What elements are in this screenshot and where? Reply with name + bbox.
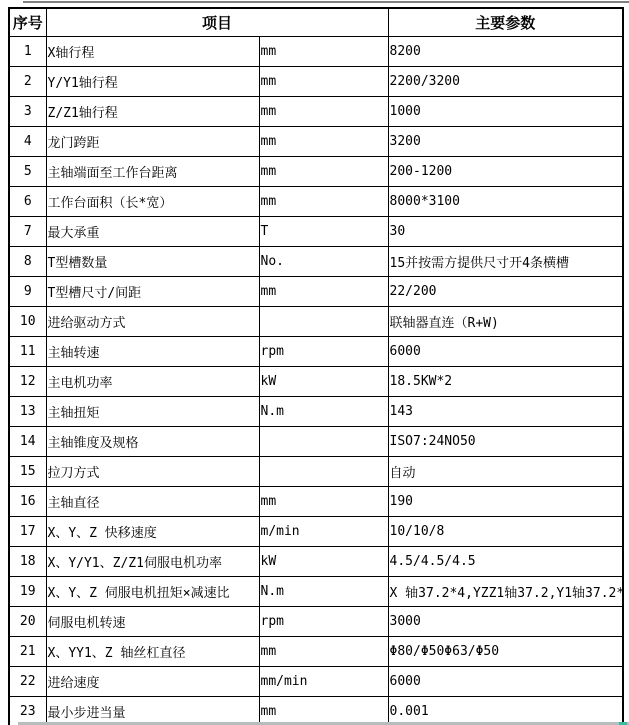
top-divider-line bbox=[23, 1, 629, 3]
cell-unit: m/min bbox=[259, 517, 388, 547]
cell-no: 22 bbox=[9, 667, 46, 697]
cell-unit: mm bbox=[259, 157, 388, 187]
cell-no: 5 bbox=[9, 157, 46, 187]
cell-unit: mm bbox=[259, 97, 388, 127]
cell-no: 19 bbox=[9, 577, 46, 607]
cell-no: 20 bbox=[9, 607, 46, 637]
cell-item: 主电机功率 bbox=[46, 367, 259, 397]
cell-item: 主轴转速 bbox=[46, 337, 259, 367]
cell-unit: mm bbox=[259, 187, 388, 217]
cell-unit: mm bbox=[259, 37, 388, 67]
cell-unit bbox=[259, 307, 388, 337]
table-row: 10进给驱动方式联轴器直连（R+W) bbox=[9, 307, 623, 337]
cell-unit: kW bbox=[259, 547, 388, 577]
cell-item: 工作台面积（长*宽） bbox=[46, 187, 259, 217]
table-row: 11主轴转速rpm6000 bbox=[9, 337, 623, 367]
cell-value: Φ80/Φ50Φ63/Φ50 bbox=[388, 637, 623, 667]
cell-value: 6000 bbox=[388, 667, 623, 697]
cell-no: 8 bbox=[9, 247, 46, 277]
cell-value: 10/10/8 bbox=[388, 517, 623, 547]
cell-no: 6 bbox=[9, 187, 46, 217]
cell-value: 0.001 bbox=[388, 697, 623, 725]
table-row: 6工作台面积（长*宽）mm8000*3100 bbox=[9, 187, 623, 217]
header-col-param: 主要参数 bbox=[388, 8, 623, 37]
cell-unit: mm bbox=[259, 67, 388, 97]
cell-unit bbox=[259, 427, 388, 457]
cell-item: X、Y、Z 快移速度 bbox=[46, 517, 259, 547]
cell-no: 14 bbox=[9, 427, 46, 457]
table-row: 23最小步进当量mm0.001 bbox=[9, 697, 623, 725]
cell-no: 9 bbox=[9, 277, 46, 307]
cell-no: 1 bbox=[9, 37, 46, 67]
cell-item: 主轴直径 bbox=[46, 487, 259, 517]
cell-unit: No. bbox=[259, 247, 388, 277]
cell-value: 30 bbox=[388, 217, 623, 247]
cell-unit: N.m bbox=[259, 397, 388, 427]
cell-item: 主轴端面至工作台距离 bbox=[46, 157, 259, 187]
cell-value: 自动 bbox=[388, 457, 623, 487]
cell-item: T型槽数量 bbox=[46, 247, 259, 277]
cell-unit: mm/min bbox=[259, 667, 388, 697]
table-row: 20伺服电机转速rpm3000 bbox=[9, 607, 623, 637]
cell-item: 拉刀方式 bbox=[46, 457, 259, 487]
cell-value: 联轴器直连（R+W) bbox=[388, 307, 623, 337]
table-row: 19X、Y、Z 伺服电机扭矩×减速比N.mX 轴37.2*4,YZZ1轴37.2… bbox=[9, 577, 623, 607]
cell-unit: mm bbox=[259, 637, 388, 667]
cell-value: 3000 bbox=[388, 607, 623, 637]
cell-value: 143 bbox=[388, 397, 623, 427]
cell-value: 3200 bbox=[388, 127, 623, 157]
cell-unit: mm bbox=[259, 127, 388, 157]
cell-unit: T bbox=[259, 217, 388, 247]
cell-value: 15并按需方提供尺寸开4条横槽 bbox=[388, 247, 623, 277]
cell-item: 龙门跨距 bbox=[46, 127, 259, 157]
cell-unit: mm bbox=[259, 277, 388, 307]
header-col-item: 项目 bbox=[46, 8, 388, 37]
table-row: 5主轴端面至工作台距离mm200-1200 bbox=[9, 157, 623, 187]
cell-item: 伺服电机转速 bbox=[46, 607, 259, 637]
table-row: 16主轴直径mm190 bbox=[9, 487, 623, 517]
cell-no: 18 bbox=[9, 547, 46, 577]
table-row: 13主轴扭矩N.m143 bbox=[9, 397, 623, 427]
cell-no: 21 bbox=[9, 637, 46, 667]
table-row: 8T型槽数量No.15并按需方提供尺寸开4条横槽 bbox=[9, 247, 623, 277]
table-row: 17X、Y、Z 快移速度m/min10/10/8 bbox=[9, 517, 623, 547]
cell-item: Z/Z1轴行程 bbox=[46, 97, 259, 127]
table-row: 22进给速度mm/min6000 bbox=[9, 667, 623, 697]
cell-item: X、Y、Z 伺服电机扭矩×减速比 bbox=[46, 577, 259, 607]
cell-no: 13 bbox=[9, 397, 46, 427]
cell-item: T型槽尺寸/间距 bbox=[46, 277, 259, 307]
spec-table-body: 1X轴行程mm82002Y/Y1轴行程mm2200/32003Z/Z1轴行程mm… bbox=[9, 37, 623, 725]
cell-value: 6000 bbox=[388, 337, 623, 367]
spec-table-header: 序号 项目 主要参数 bbox=[9, 8, 623, 37]
cell-value: 18.5KW*2 bbox=[388, 367, 623, 397]
cell-no: 12 bbox=[9, 367, 46, 397]
cell-unit: mm bbox=[259, 697, 388, 725]
cell-item: 进给速度 bbox=[46, 667, 259, 697]
cell-unit: rpm bbox=[259, 607, 388, 637]
cell-value: ISO7:24NO50 bbox=[388, 427, 623, 457]
cell-unit: kW bbox=[259, 367, 388, 397]
table-row: 2Y/Y1轴行程mm2200/3200 bbox=[9, 67, 623, 97]
cell-no: 7 bbox=[9, 217, 46, 247]
table-row: 9T型槽尺寸/间距mm22/200 bbox=[9, 277, 623, 307]
cell-value: 1000 bbox=[388, 97, 623, 127]
cell-value: 8200 bbox=[388, 37, 623, 67]
cell-value: 190 bbox=[388, 487, 623, 517]
cell-item: 进给驱动方式 bbox=[46, 307, 259, 337]
table-row: 4龙门跨距mm3200 bbox=[9, 127, 623, 157]
table-row: 14主轴锥度及规格ISO7:24NO50 bbox=[9, 427, 623, 457]
cell-no: 11 bbox=[9, 337, 46, 367]
cell-unit: mm bbox=[259, 487, 388, 517]
cell-item: 最大承重 bbox=[46, 217, 259, 247]
screenshot-root: 序号 项目 主要参数 1X轴行程mm82002Y/Y1轴行程mm2200/320… bbox=[0, 0, 629, 725]
cell-no: 23 bbox=[9, 697, 46, 725]
cell-no: 16 bbox=[9, 487, 46, 517]
table-row: 3Z/Z1轴行程mm1000 bbox=[9, 97, 623, 127]
cell-value: 4.5/4.5/4.5 bbox=[388, 547, 623, 577]
cell-unit bbox=[259, 457, 388, 487]
cell-no: 4 bbox=[9, 127, 46, 157]
cell-no: 10 bbox=[9, 307, 46, 337]
table-row: 12主电机功率kW18.5KW*2 bbox=[9, 367, 623, 397]
cell-item: 主轴扭矩 bbox=[46, 397, 259, 427]
header-row: 序号 项目 主要参数 bbox=[9, 8, 623, 37]
cell-value: 22/200 bbox=[388, 277, 623, 307]
cell-value: X 轴37.2*4,YZZ1轴37.2,Y1轴37.2*3 bbox=[388, 577, 623, 607]
cell-item: X、Y/Y1、Z/Z1伺服电机功率 bbox=[46, 547, 259, 577]
cell-item: 最小步进当量 bbox=[46, 697, 259, 725]
cell-no: 17 bbox=[9, 517, 46, 547]
cell-no: 2 bbox=[9, 67, 46, 97]
table-row: 15拉刀方式自动 bbox=[9, 457, 623, 487]
cell-no: 15 bbox=[9, 457, 46, 487]
cell-value: 8000*3100 bbox=[388, 187, 623, 217]
table-row: 21X、YY1、Z 轴丝杠直径mmΦ80/Φ50Φ63/Φ50 bbox=[9, 637, 623, 667]
table-row: 18X、Y/Y1、Z/Z1伺服电机功率kW4.5/4.5/4.5 bbox=[9, 547, 623, 577]
table-row: 7最大承重T30 bbox=[9, 217, 623, 247]
cell-value: 200-1200 bbox=[388, 157, 623, 187]
header-col-no: 序号 bbox=[9, 8, 46, 37]
table-row: 1X轴行程mm8200 bbox=[9, 37, 623, 67]
cell-unit: rpm bbox=[259, 337, 388, 367]
spec-table: 序号 项目 主要参数 1X轴行程mm82002Y/Y1轴行程mm2200/320… bbox=[8, 7, 624, 725]
cell-no: 3 bbox=[9, 97, 46, 127]
cell-unit: N.m bbox=[259, 577, 388, 607]
cell-item: X轴行程 bbox=[46, 37, 259, 67]
cell-item: Y/Y1轴行程 bbox=[46, 67, 259, 97]
cell-value: 2200/3200 bbox=[388, 67, 623, 97]
cell-item: 主轴锥度及规格 bbox=[46, 427, 259, 457]
cell-item: X、YY1、Z 轴丝杠直径 bbox=[46, 637, 259, 667]
